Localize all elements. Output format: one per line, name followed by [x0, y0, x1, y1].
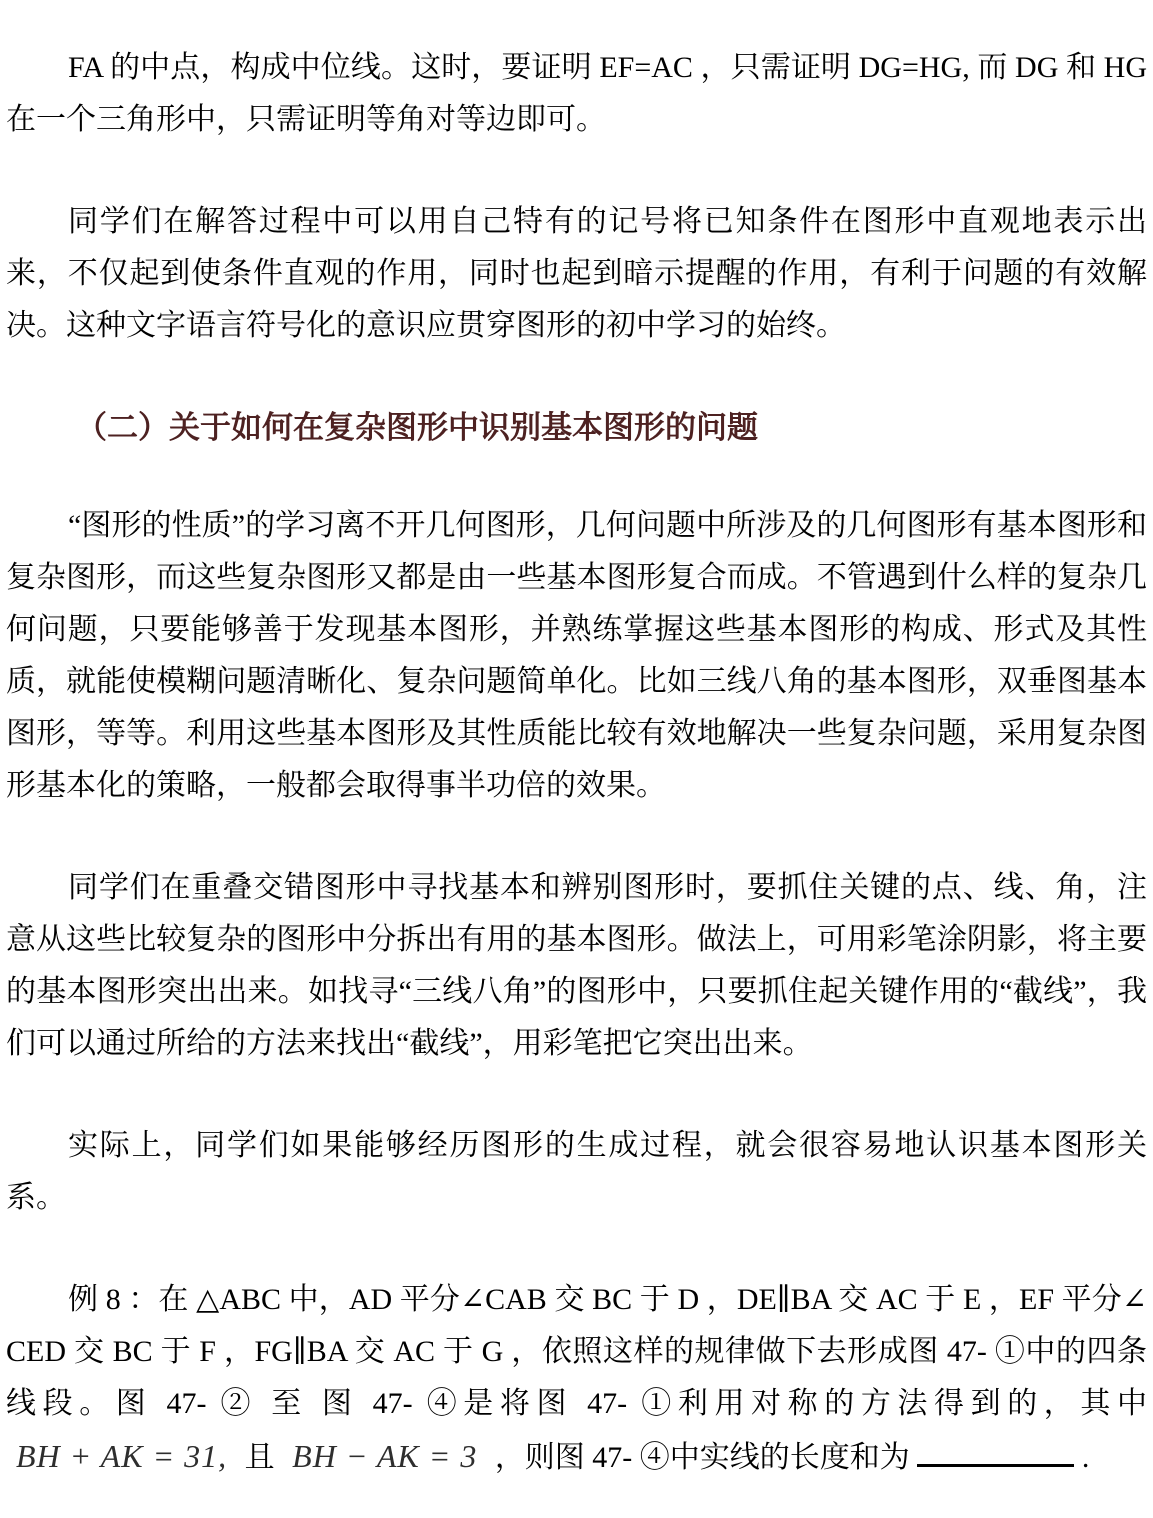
example-conjunction: 且	[245, 1441, 275, 1474]
example-intro-text: 例 8 ：在 △ABC 中，AD 平分∠CAB 交 BC 于 D ，DE∥BA …	[6, 1283, 1147, 1420]
example-outro-text: ，则图 47- ④中实线的长度和为	[495, 1441, 910, 1474]
document-page: FA 的中点，构成中位线。这时，要证明 EF=AC ，只需证明 DG=HG, 而…	[0, 0, 1153, 1518]
paragraph-overlapping-figures: 同学们在重叠交错图形中寻找基本和辨别图形时，要抓住关键的点、线、角，注意从这些比…	[6, 862, 1147, 1070]
paragraph-basic-figures: “图形的性质”的学习离不开几何图形，几何问题中所涉及的几何图形有基本图形和复杂图…	[6, 500, 1147, 812]
answer-blank	[917, 1434, 1074, 1467]
paragraph-symbol-notation: 同学们在解答过程中可以用自己特有的记号将已知条件在图形中直观地表示出来，不仅起到…	[6, 196, 1147, 352]
formula-bh-plus-ak: BH + AK = 31,	[16, 1438, 227, 1474]
example-8-paragraph: 例 8 ：在 △ABC 中，AD 平分∠CAB 交 BC 于 D ，DE∥BA …	[6, 1274, 1147, 1484]
paragraph-midpoint-proof: FA 的中点，构成中位线。这时，要证明 EF=AC ，只需证明 DG=HG, 而…	[6, 42, 1147, 146]
formula-bh-minus-ak: BH − AK = 3	[292, 1438, 477, 1474]
section-heading: （二）关于如何在复杂图形中识别基本图形的问题	[6, 402, 1147, 454]
paragraph-generation-process: 实际上，同学们如果能够经历图形的生成过程，就会很容易地认识基本图形关系。	[6, 1120, 1147, 1224]
example-period: .	[1082, 1441, 1090, 1474]
